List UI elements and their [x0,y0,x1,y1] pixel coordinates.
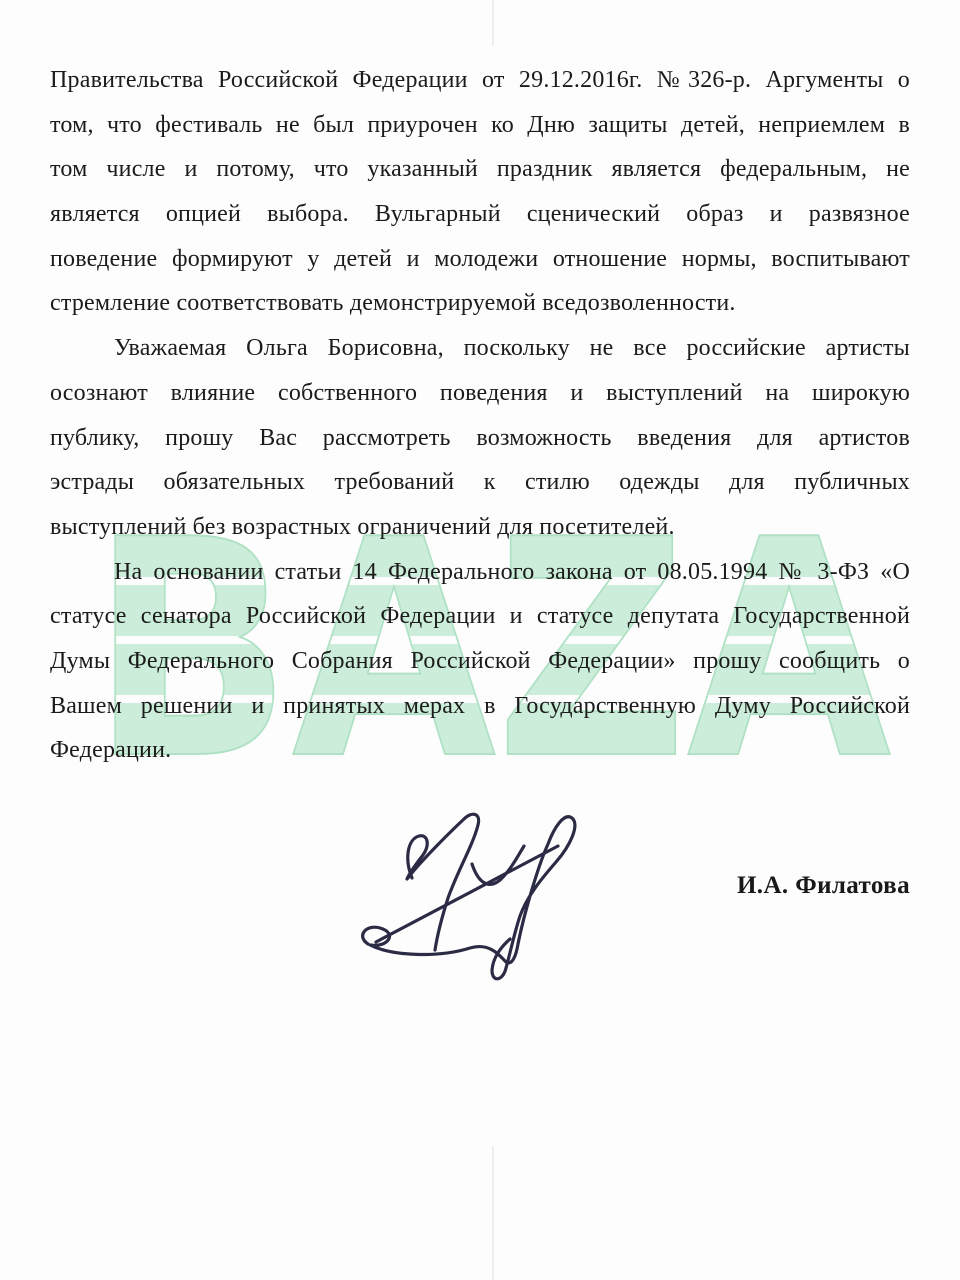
letter-line: публику, прошу Вас рассмотреть возможнос… [50,416,910,461]
letter-line: Правительства Российской Федерации от 29… [50,58,910,103]
scan-fold-line-top [492,0,494,46]
letter-line: На основании статьи 14 Федерального зако… [50,550,910,595]
letter-line: Уважаемая Ольга Борисовна, поскольку не … [50,326,910,371]
letter-line: поведение формируют у детей и молодежи о… [50,237,910,282]
letter-line: том, что фестиваль не был приурочен ко Д… [50,103,910,148]
scan-fold-line-bottom [492,1146,494,1280]
signatory-name: И.А. Филатова [690,872,910,900]
letter-line: осознают влияние собственного поведения … [50,371,910,416]
letter-line: является опцией выбора. Вульгарный сцени… [50,192,910,237]
letter-line: Вашем решении и принятых мерах в Государ… [50,684,910,729]
letter-line: стремление соответствовать демонстрируем… [50,281,910,326]
scanned-letter-page: BAZA Правительства Российской Федерации … [0,0,960,1280]
handwritten-signature [352,806,592,990]
letter-body: Правительства Российской Федерации от 29… [50,58,910,773]
letter-line: Федерации. [50,728,910,773]
letter-line: том числе и потому, что указанный праздн… [50,147,910,192]
signature-scrawl-icon [352,806,592,990]
letter-line: статусе сенатора Российской Федерации и … [50,594,910,639]
letter-line: Думы Федерального Собрания Российской Фе… [50,639,910,684]
letter-line: эстрады обязательных требований к стилю … [50,460,910,505]
letter-line: выступлений без возрастных ограничений д… [50,505,910,550]
